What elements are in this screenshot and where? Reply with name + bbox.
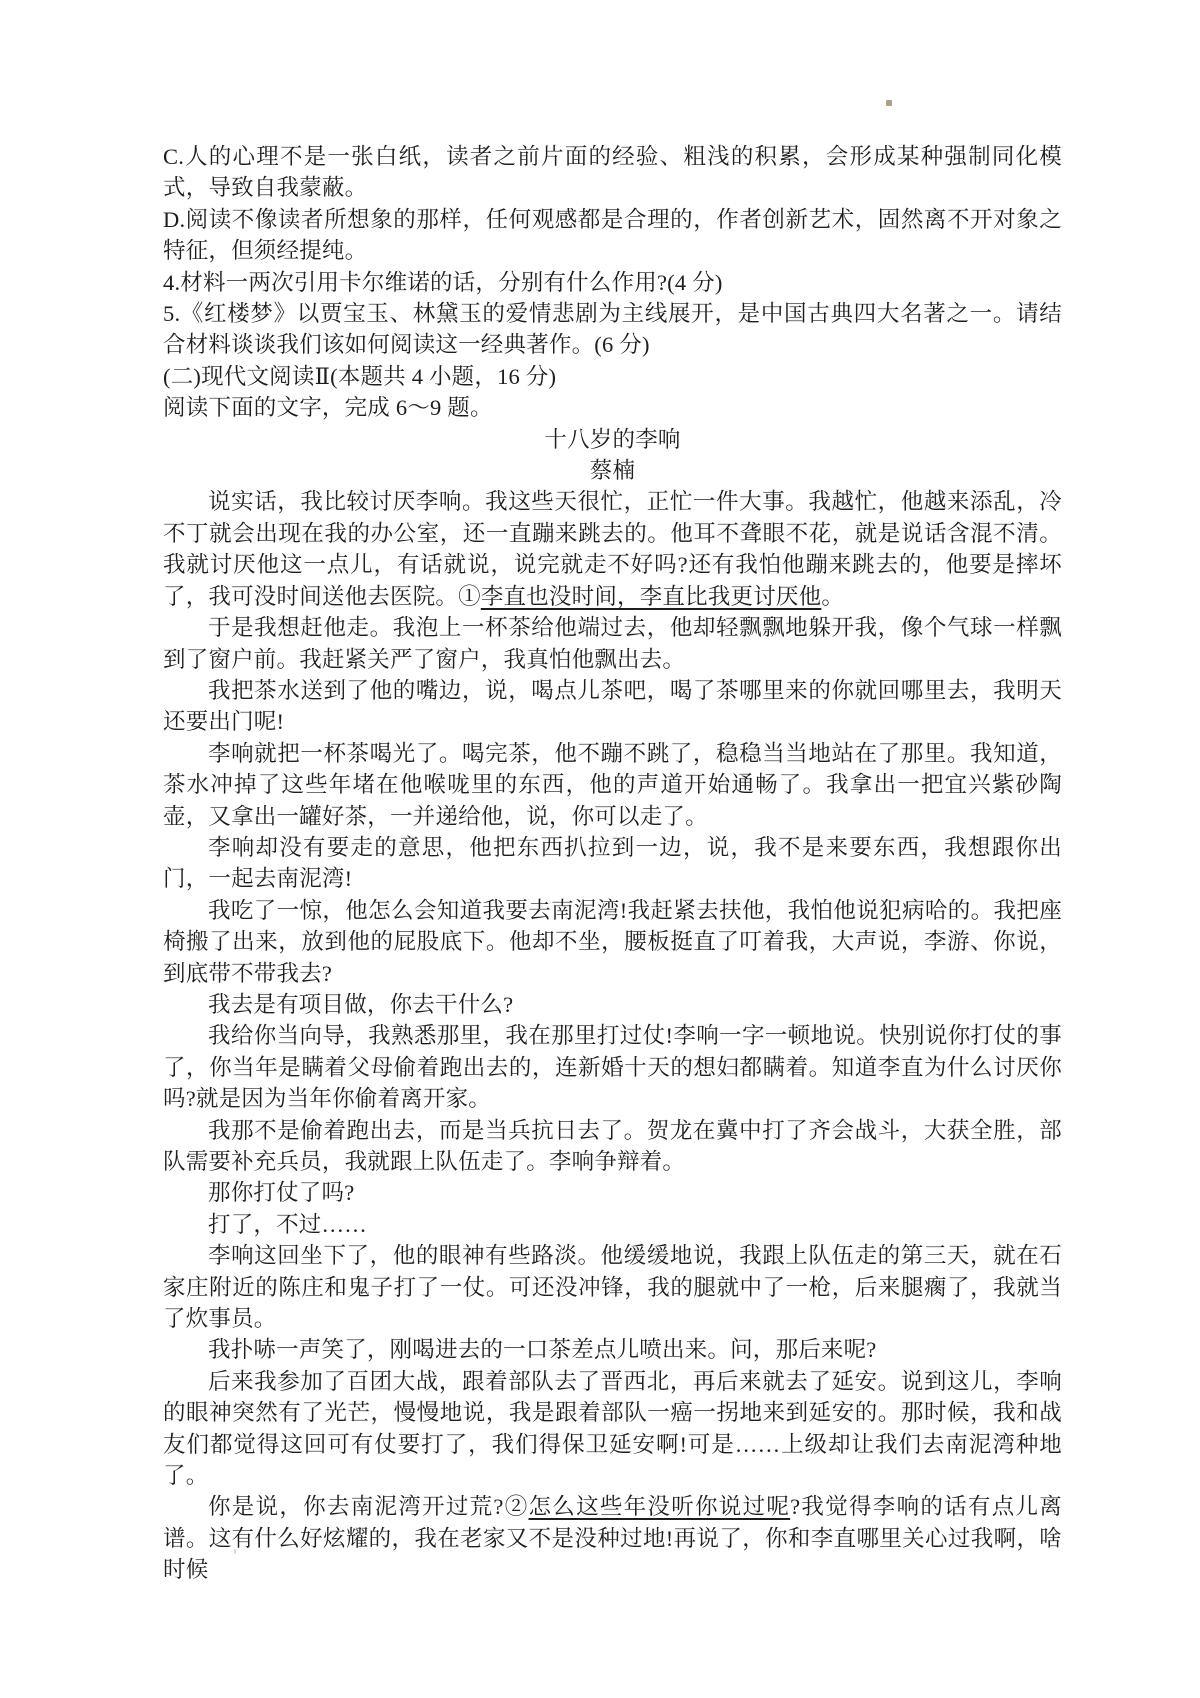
- text-segment: 李响却没有要走的意思，他把东西扒拉到一边，说，我不是来要东西，我想跟你出门，一起…: [163, 835, 1062, 891]
- text-segment: 我吃了一惊，他怎么会知道我要去南泥湾!我赶紧去扶他，我怕他说犯病哈的。我把座椅搬…: [163, 898, 1062, 986]
- underlined-passage: 怎么这些年没听你说过呢: [529, 1494, 791, 1519]
- question-5: 5.《红楼梦》以贾宝玉、林黛玉的爱情悲剧为主线展开，是中国古典四大名著之一。请结…: [163, 298, 1062, 361]
- passage-paragraph-13: 我扑哧一声笑了，刚喝进去的一口茶差点儿喷出来。问，那后来呢?: [163, 1334, 1062, 1365]
- text-segment: 李响就把一杯茶喝光了。喝完茶，他不蹦不跳了，稳稳当当地站在了那里。我知道，茶水冲…: [163, 741, 1062, 829]
- passage-paragraph-4: 李响就把一杯茶喝光了。喝完茶，他不蹦不跳了，稳稳当当地站在了那里。我知道，茶水冲…: [163, 738, 1062, 832]
- text-segment: 阅读下面的文字，完成 6～9 题。: [163, 395, 493, 420]
- passage-paragraph-6: 我吃了一惊，他怎么会知道我要去南泥湾!我赶紧去扶他，我怕他说犯病哈的。我把座椅搬…: [163, 895, 1062, 989]
- text-segment: (二)现代文阅读Ⅱ(本题共 4 小题，16 分): [163, 364, 556, 389]
- section-heading: (二)现代文阅读Ⅱ(本题共 4 小题，16 分): [163, 361, 1062, 392]
- passage-paragraph-11: 打了，不过……: [163, 1209, 1062, 1240]
- text-segment: 。: [821, 584, 844, 609]
- passage-author: 蔡楠: [163, 455, 1062, 486]
- underlined-passage: 李直也没时间，李直比我更讨厌他: [481, 584, 822, 609]
- passage-paragraph-1: 说实话，我比较讨厌李响。我这些天很忙，正忙一件大事。我越忙，他越来添乱，冷不丁就…: [163, 486, 1062, 612]
- text-segment: 打了，不过……: [208, 1212, 367, 1237]
- text-segment: 后来我参加了百团大战，跟着部队去了晋西北，再后来就去了延安。说到这儿，李响的眼神…: [163, 1369, 1062, 1488]
- text-segment: D.阅读不像读者所想象的那样，任何观感都是合理的，作者创新艺术，固然离不开对象之…: [163, 207, 1062, 263]
- text-segment: 于是我想赶他走。我泡上一杯茶给他端过去，他却轻飘飘地躲开我，像个气球一样飘到了窗…: [163, 615, 1062, 671]
- reading-instruction: 阅读下面的文字，完成 6～9 题。: [163, 392, 1062, 423]
- passage-paragraph-12: 李响这回坐下了，他的眼神有些路淡。他缓缓地说，我跟上队伍走的第三天，就在石家庄附…: [163, 1240, 1062, 1334]
- passage-paragraph-14: 后来我参加了百团大战，跟着部队去了晋西北，再后来就去了延安。说到这儿，李响的眼神…: [163, 1366, 1062, 1492]
- passage-paragraph-7: 我去是有项目做，你去干什么?: [163, 989, 1062, 1020]
- passage-paragraph-5: 李响却没有要走的意思，他把东西扒拉到一边，说，我不是来要东西，我想跟你出门，一起…: [163, 832, 1062, 895]
- text-segment: 5.《红楼梦》以贾宝玉、林黛玉的爱情悲剧为主线展开，是中国古典四大名著之一。请结…: [163, 301, 1062, 357]
- option-c: C.人的心理不是一张白纸，读者之前片面的经验、粗浅的积累，会形成某种强制同化模式…: [163, 141, 1062, 204]
- passage-paragraph-2: 于是我想赶他走。我泡上一杯茶给他端过去，他却轻飘飘地躲开我，像个气球一样飘到了窗…: [163, 612, 1062, 675]
- text-segment: 我把茶水送到了他的嘴边，说，喝点儿茶吧，喝了茶哪里来的你就回哪里去，我明天还要出…: [163, 678, 1062, 734]
- scan-speck-bottom-left: [234, 1549, 236, 1554]
- text-segment: 蔡楠: [590, 458, 635, 483]
- passage-paragraph-10: 那你打仗了吗?: [163, 1177, 1062, 1208]
- text-segment: 我去是有项目做，你去干什么?: [208, 992, 513, 1017]
- passage-title: 十八岁的李响: [163, 424, 1062, 455]
- text-segment: 那你打仗了吗?: [208, 1180, 354, 1205]
- text-segment: 你是说，你去南泥湾开过荒?②: [208, 1494, 529, 1519]
- text-segment: 我那不是偷着跑出去，而是当兵抗日去了。贺龙在冀中打了齐会战斗，大获全胜，部队需要…: [163, 1118, 1062, 1174]
- passage-paragraph-8: 我给你当向导，我熟悉那里，我在那里打过仗!李响一字一顿地说。快别说你打仗的事了，…: [163, 1020, 1062, 1114]
- scan-speck-top-right: [886, 100, 892, 106]
- passage-paragraph-3: 我把茶水送到了他的嘴边，说，喝点儿茶吧，喝了茶哪里来的你就回哪里去，我明天还要出…: [163, 675, 1062, 738]
- text-segment: 我给你当向导，我熟悉那里，我在那里打过仗!李响一字一顿地说。快别说你打仗的事了，…: [163, 1023, 1062, 1111]
- text-segment: 李响这回坐下了，他的眼神有些路淡。他缓缓地说，我跟上队伍走的第三天，就在石家庄附…: [163, 1243, 1062, 1331]
- document-text: C.人的心理不是一张白纸，读者之前片面的经验、粗浅的积累，会形成某种强制同化模式…: [163, 141, 1062, 1586]
- text-segment: C.人的心理不是一张白纸，读者之前片面的经验、粗浅的积累，会形成某种强制同化模式…: [163, 144, 1062, 200]
- text-segment: 4.材料一两次引用卡尔维诺的话，分别有什么作用?(4 分): [163, 270, 723, 295]
- passage-paragraph-15: 你是说，你去南泥湾开过荒?②怎么这些年没听你说过呢?我觉得李响的话有点儿离谱。这…: [163, 1491, 1062, 1585]
- question-4: 4.材料一两次引用卡尔维诺的话，分别有什么作用?(4 分): [163, 267, 1062, 298]
- text-segment: 我扑哧一声笑了，刚喝进去的一口茶差点儿喷出来。问，那后来呢?: [208, 1337, 877, 1362]
- option-d: D.阅读不像读者所想象的那样，任何观感都是合理的，作者创新艺术，固然离不开对象之…: [163, 204, 1062, 267]
- text-segment: 十八岁的李响: [544, 427, 680, 452]
- passage-paragraph-9: 我那不是偷着跑出去，而是当兵抗日去了。贺龙在冀中打了齐会战斗，大获全胜，部队需要…: [163, 1115, 1062, 1178]
